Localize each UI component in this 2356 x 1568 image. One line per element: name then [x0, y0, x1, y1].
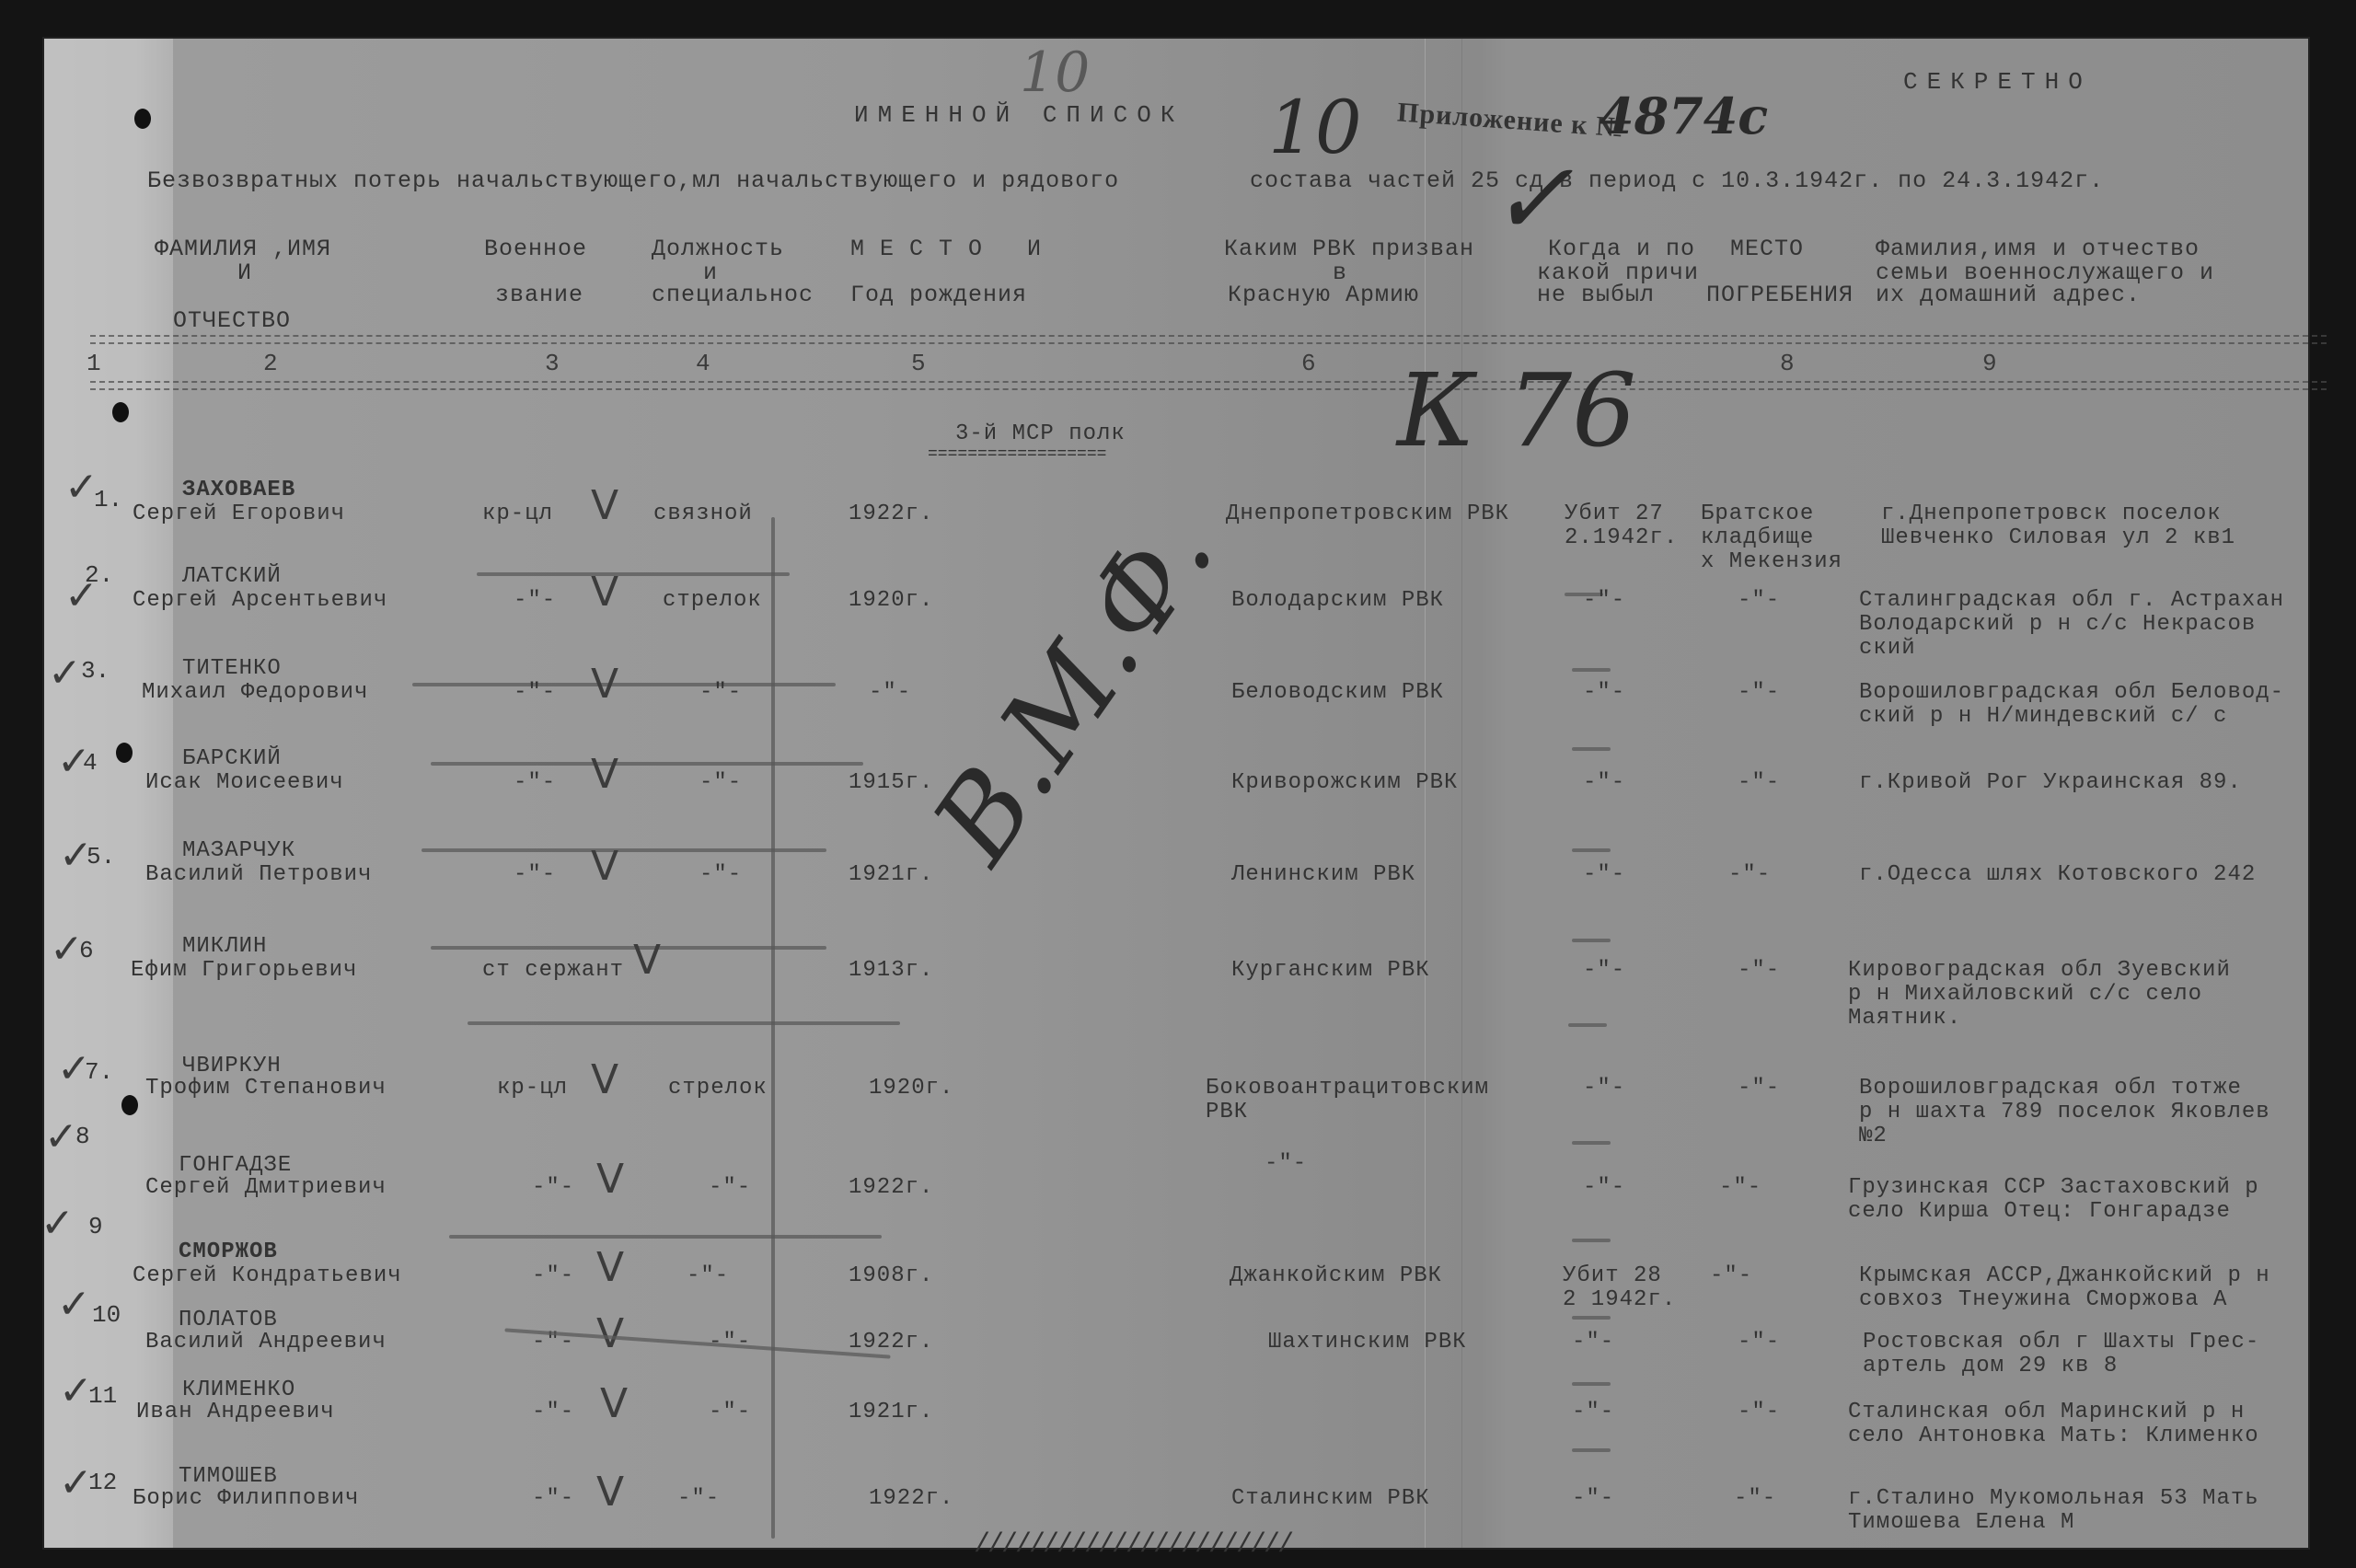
- rvk: Володарским РВК: [1231, 589, 1444, 613]
- birth-year: 1921г.: [849, 1401, 933, 1424]
- pencil-underline: [431, 946, 826, 950]
- surname: МИКЛИН: [182, 935, 267, 959]
- subtitle-right: состава частей 25 сд в период с 10.3.194…: [1250, 167, 2104, 194]
- rvk: Боковоантрацитовским РВК: [1206, 1077, 1489, 1124]
- col-number-1: 1: [87, 350, 101, 377]
- family-address: Ростовская обл г Шахты Грес- артель дом …: [1863, 1331, 2259, 1378]
- rvk: Сталинским РВК: [1231, 1487, 1430, 1511]
- rvk: Джанкойским РВК: [1230, 1264, 1442, 1288]
- check-mark-icon: ✓: [57, 1281, 91, 1328]
- punch-hole-icon: [134, 109, 151, 129]
- row-number: 8: [75, 1123, 90, 1150]
- birth-year: 1920г.: [869, 1077, 953, 1101]
- col-header-3-line2: звание: [495, 282, 583, 308]
- surname: СМОРЖОВ: [179, 1240, 278, 1264]
- family-address: Кировоградская обл Зуевский р н Михайлов…: [1848, 959, 2231, 1031]
- post: -"-: [699, 771, 742, 795]
- col-header-8-line2: ПОГРЕБЕНИЯ: [1706, 282, 1854, 308]
- given-name: Сергей Егорович: [133, 502, 345, 526]
- reason: -"-: [1583, 1176, 1625, 1200]
- reason: Убит 27 2.1942г.: [1565, 502, 1678, 550]
- check-mark-icon: ✓: [40, 1200, 75, 1247]
- burial-place: -"-: [1710, 1264, 1752, 1288]
- burial-place: -"-: [1738, 589, 1780, 613]
- classification-label: СЕКРЕТНО: [1903, 68, 2092, 96]
- reason: -"-: [1583, 959, 1625, 983]
- burial-place: -"-: [1738, 771, 1780, 795]
- pencil-underline: [412, 683, 836, 686]
- col-header-3-line1: Военное: [484, 236, 587, 262]
- rank: -"-: [514, 589, 556, 613]
- subtitle-left: Безвозвратных потерь начальствующего,мл …: [147, 167, 1119, 194]
- reason: -"-: [1583, 1077, 1625, 1101]
- burial-place: -"-: [1738, 1077, 1780, 1101]
- tick-mark-icon: V: [591, 569, 618, 616]
- section-underline: ==================: [928, 445, 1106, 464]
- family-address: Сталинская обл Маринский р н село Антоно…: [1848, 1401, 2259, 1448]
- rvk: Днепропетровским РВК: [1226, 502, 1509, 526]
- tick-mark-icon: V: [596, 1310, 624, 1357]
- pencil-dash: [1572, 1448, 1611, 1452]
- tick-mark-icon: V: [591, 661, 618, 708]
- tick-mark-icon: V: [591, 1056, 618, 1103]
- col-number-4: 4: [696, 350, 710, 377]
- stamp-prefix: Приложение к №: [1396, 97, 1625, 144]
- burial-place: -"-: [1734, 1487, 1776, 1511]
- burial-place: -"-: [1728, 863, 1771, 887]
- rank: -"-: [532, 1264, 574, 1288]
- post: -"-: [677, 1487, 720, 1511]
- row-number: 12: [88, 1469, 117, 1496]
- tick-mark-icon: V: [591, 482, 618, 529]
- reason: -"-: [1583, 589, 1625, 613]
- row-number: 4: [83, 749, 98, 777]
- rank: -"-: [532, 1176, 574, 1200]
- closing-hatch-line: ///////////////////////: [974, 1529, 1291, 1561]
- col-header-4-line3: специальнос: [652, 282, 814, 308]
- given-name: Василий Петрович: [145, 863, 372, 887]
- punch-hole-icon: [121, 1095, 138, 1115]
- post: связной: [653, 502, 753, 526]
- family-address: г.Сталино Мукомольная 53 Мать Тимошева Е…: [1848, 1487, 2259, 1535]
- birth-year: 1922г.: [869, 1487, 953, 1511]
- pencil-dash: [1572, 1239, 1611, 1242]
- pencil-underline: [422, 848, 826, 852]
- stamp-number: 4874с: [1600, 86, 1768, 145]
- reason: -"-: [1583, 681, 1625, 705]
- col-header-4-line1: Должность: [652, 236, 784, 262]
- burial-place: -"-: [1719, 1176, 1761, 1200]
- birth-year: 1921г.: [849, 863, 933, 887]
- family-address: г.Одесса шлях Котовского 242: [1859, 863, 2256, 887]
- given-name: Исак Моисеевич: [145, 771, 344, 795]
- col-number-6: 6: [1301, 350, 1316, 377]
- check-mark-icon: ✓: [48, 650, 82, 697]
- family-address: Ворошиловградская обл тотже р н шахта 78…: [1859, 1077, 2270, 1148]
- row-number: 5.: [87, 843, 115, 870]
- reason: -"-: [1572, 1487, 1614, 1511]
- header-separator-top: [90, 335, 2327, 344]
- post: -"-: [699, 681, 742, 705]
- post: -"-: [687, 1264, 729, 1288]
- col-number-3: 3: [545, 350, 560, 377]
- given-name: Сергей Кондратьевич: [133, 1264, 402, 1288]
- row-number: 1.: [94, 486, 122, 513]
- rvk: Шахтинским РВК: [1268, 1331, 1467, 1355]
- row-number: 6: [79, 937, 94, 964]
- birth-year: 1922г.: [849, 1176, 933, 1200]
- pencil-dash: [1572, 1316, 1611, 1320]
- row-number: 9: [88, 1213, 103, 1240]
- document-sheet: 10 ИМЕННОЙ СПИСОК 10 Приложение к № 4874…: [44, 39, 2308, 1548]
- handwritten-sheet-number: 10: [1268, 85, 1362, 170]
- tick-mark-icon: V: [596, 1469, 624, 1516]
- post: -"-: [709, 1401, 751, 1424]
- post: -"-: [699, 863, 742, 887]
- rank: ст сержант: [482, 959, 624, 983]
- rvk: Курганским РВК: [1231, 959, 1430, 983]
- birth-year: 1922г.: [849, 1331, 933, 1355]
- family-address: г.Днепропетровск поселок Шевченко Силова…: [1881, 502, 2235, 550]
- row-number: 10: [92, 1301, 121, 1329]
- col-number-9: 9: [1982, 350, 1997, 377]
- pencil-dash: [1572, 939, 1611, 942]
- col-header-2-line1: ФАМИЛИЯ ,ИМЯ: [155, 236, 331, 262]
- family-address: Грузинская ССР Застаховский р село Кирша…: [1848, 1176, 2259, 1224]
- family-address: Крымская АССР,Джанкойский р н совхоз Тне…: [1859, 1264, 2270, 1312]
- row-number: 2.: [85, 561, 113, 589]
- pencil-underline: [431, 762, 863, 766]
- reason: -"-: [1572, 1331, 1614, 1355]
- pencil-dash: [1572, 1382, 1611, 1386]
- rank: -"-: [514, 681, 556, 705]
- given-name: Борис Филиппович: [133, 1487, 359, 1511]
- pencil-dash: [1568, 1023, 1607, 1027]
- tick-mark-icon: V: [596, 1156, 624, 1203]
- row-number: 3.: [81, 657, 110, 685]
- col-number-2: 2: [263, 350, 278, 377]
- birth-year: 1920г.: [849, 589, 933, 613]
- birth-year: -"-: [869, 681, 911, 705]
- row-number: 11: [88, 1382, 117, 1410]
- tick-mark-icon: V: [600, 1380, 628, 1427]
- surname: МАЗАРЧУК: [182, 839, 295, 863]
- handwritten-diagonal-note: В.М.Ф.: [909, 491, 1239, 885]
- rank: -"-: [514, 771, 556, 795]
- rank: -"-: [532, 1487, 574, 1511]
- right-page-edge: [1461, 39, 1462, 1548]
- given-name: Василий Андреевич: [145, 1331, 387, 1355]
- family-address: Ворошиловградская обл Беловод- ский р н …: [1859, 681, 2284, 729]
- pencil-vertical-line: [771, 517, 775, 1539]
- pencil-dash: [1572, 1141, 1611, 1145]
- rank: кр-цл: [497, 1077, 568, 1101]
- col-header-5-line2: Год рождения: [850, 282, 1027, 308]
- surname: ЛАТСКИЙ: [182, 565, 282, 589]
- col-header-9-line1: Фамилия,имя и отчество: [1876, 236, 2200, 262]
- reason: Убит 28 2 1942г.: [1563, 1264, 1676, 1312]
- pencil-dash: [1572, 747, 1611, 751]
- col-header-5-line1: М Е С Т О И: [850, 236, 1042, 262]
- birth-year: 1908г.: [849, 1264, 933, 1288]
- punch-hole-icon: [112, 402, 129, 422]
- rvk: Ленинским РВК: [1231, 863, 1415, 887]
- reason: -"-: [1572, 1401, 1614, 1424]
- burial-place: -"-: [1738, 681, 1780, 705]
- given-name: Иван Андреевич: [136, 1401, 335, 1424]
- family-address: г.Кривой Рог Украинская 89.: [1859, 771, 2242, 795]
- birth-year: 1915г.: [849, 771, 933, 795]
- burial-place: -"-: [1738, 959, 1780, 983]
- col-header-2-line2: И: [237, 259, 252, 286]
- tick-mark-icon: V: [591, 751, 618, 798]
- burial-place: -"-: [1738, 1331, 1780, 1355]
- rvk: -"-: [1265, 1152, 1307, 1176]
- col-header-6-line1: Каким РВК призван: [1224, 236, 1474, 262]
- surname: ЗАХОВАЕВ: [182, 478, 295, 502]
- col-header-9-line3: их домашний адрес.: [1876, 282, 2141, 308]
- burial-place: Братское кладбище х Мекензия: [1701, 502, 1842, 574]
- birth-year: 1922г.: [849, 502, 933, 526]
- tick-mark-icon: V: [596, 1244, 624, 1291]
- post: -"-: [709, 1176, 751, 1200]
- family-address: Сталинградская обл г. Астрахан Володарск…: [1859, 589, 2284, 661]
- document-title: ИМЕННОЙ СПИСОК: [854, 101, 1184, 129]
- header-separator-bottom: [90, 381, 2327, 390]
- section-label: 3-й МСР полк: [955, 421, 1126, 446]
- surname: БАРСКИЙ: [182, 747, 282, 771]
- rank: кр-цл: [482, 502, 553, 526]
- handwritten-top-mark: 10: [1020, 40, 1090, 105]
- rvk: Беловодским РВК: [1231, 681, 1444, 705]
- pencil-underline: [449, 1235, 882, 1239]
- rvk: Криворожским РВК: [1231, 771, 1458, 795]
- reason: -"-: [1583, 863, 1625, 887]
- col-number-5: 5: [911, 350, 926, 377]
- rank: -"-: [532, 1401, 574, 1424]
- check-mark-icon: ✓: [44, 1113, 78, 1160]
- tick-mark-icon: V: [633, 937, 661, 984]
- post: стрелок: [668, 1077, 768, 1101]
- pencil-dash: [1572, 668, 1611, 672]
- burial-place: -"-: [1738, 1401, 1780, 1424]
- given-name: Ефим Григорьевич: [131, 959, 357, 983]
- given-name: Трофим Степанович: [145, 1077, 387, 1101]
- pencil-underline: [468, 1021, 900, 1025]
- col-header-2-line3: ОТЧЕСТВО: [173, 307, 291, 334]
- col-header-7-line3: не выбыл: [1537, 282, 1655, 308]
- col-header-8-line1: МЕСТО: [1730, 236, 1804, 262]
- given-name: Сергей Арсентьевич: [133, 589, 387, 613]
- pencil-underline: [477, 572, 790, 576]
- col-header-6-line3: Красную Армию: [1228, 282, 1419, 308]
- col-number-8: 8: [1780, 350, 1795, 377]
- reason: -"-: [1583, 771, 1625, 795]
- given-name: Михаил Федорович: [142, 681, 368, 705]
- given-name: Сергей Дмитриевич: [145, 1176, 387, 1200]
- surname: ТИТЕНКО: [182, 657, 282, 681]
- handwritten-corner-mark: К 76: [1397, 352, 1636, 469]
- pencil-dash: [1572, 848, 1611, 852]
- post: стрелок: [663, 589, 762, 613]
- punch-hole-icon: [116, 743, 133, 763]
- rank: -"-: [514, 863, 556, 887]
- row-number: 7.: [85, 1058, 113, 1086]
- col-header-7-line1: Когда и по: [1548, 236, 1695, 262]
- birth-year: 1913г.: [849, 959, 933, 983]
- tick-mark-icon: V: [591, 843, 618, 890]
